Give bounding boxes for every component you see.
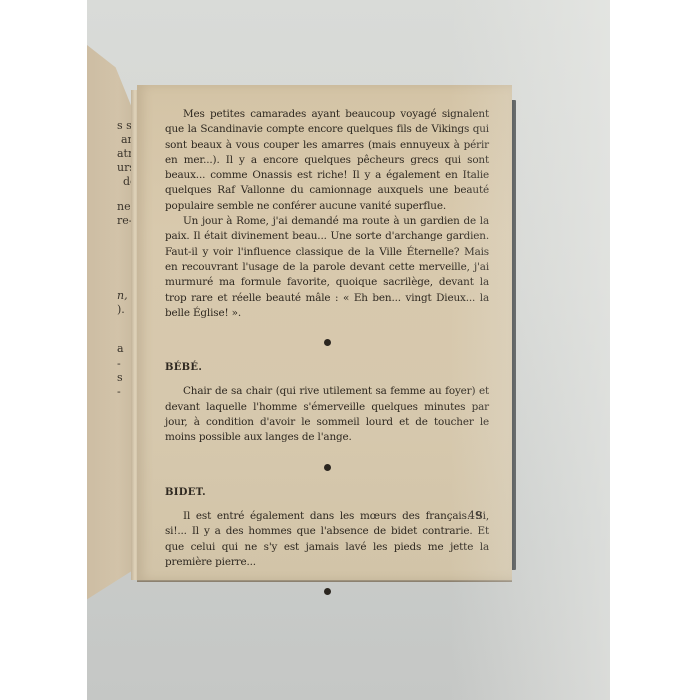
paragraph: Mes petites camarades ayant beaucoup voy… [165, 107, 489, 214]
page-number: 49 [468, 509, 482, 522]
entry-text-bidet: Il est entré également dans les mœurs de… [165, 509, 489, 570]
right-page: Mes petites camarades ayant beaucoup voy… [137, 85, 512, 581]
left-page-fragment: s [117, 372, 123, 383]
left-page-fragment: - [117, 358, 121, 369]
book-photo: s se ans atre urs de nes re- n, ). a - s… [87, 0, 610, 700]
paragraph: Un jour à Rome, j'ai demandé ma route à … [165, 214, 489, 321]
page-text: Mes petites camarades ayant beaucoup voy… [165, 107, 489, 609]
left-page-fragment: - [117, 386, 121, 397]
left-page-fragment: n, [117, 290, 128, 301]
left-page-fragment: a [117, 343, 124, 354]
bullet-ornament-icon [324, 464, 331, 471]
bullet-ornament-icon [324, 588, 331, 595]
entry-heading-bidet: BIDET. [165, 485, 489, 500]
entry-text-bebe: Chair de sa chair (qui rive utilement sa… [165, 384, 489, 445]
left-page-fragment: ). [117, 304, 125, 315]
bullet-ornament-icon [324, 339, 331, 346]
entry-heading-bebe: BÉBÉ. [165, 360, 489, 375]
